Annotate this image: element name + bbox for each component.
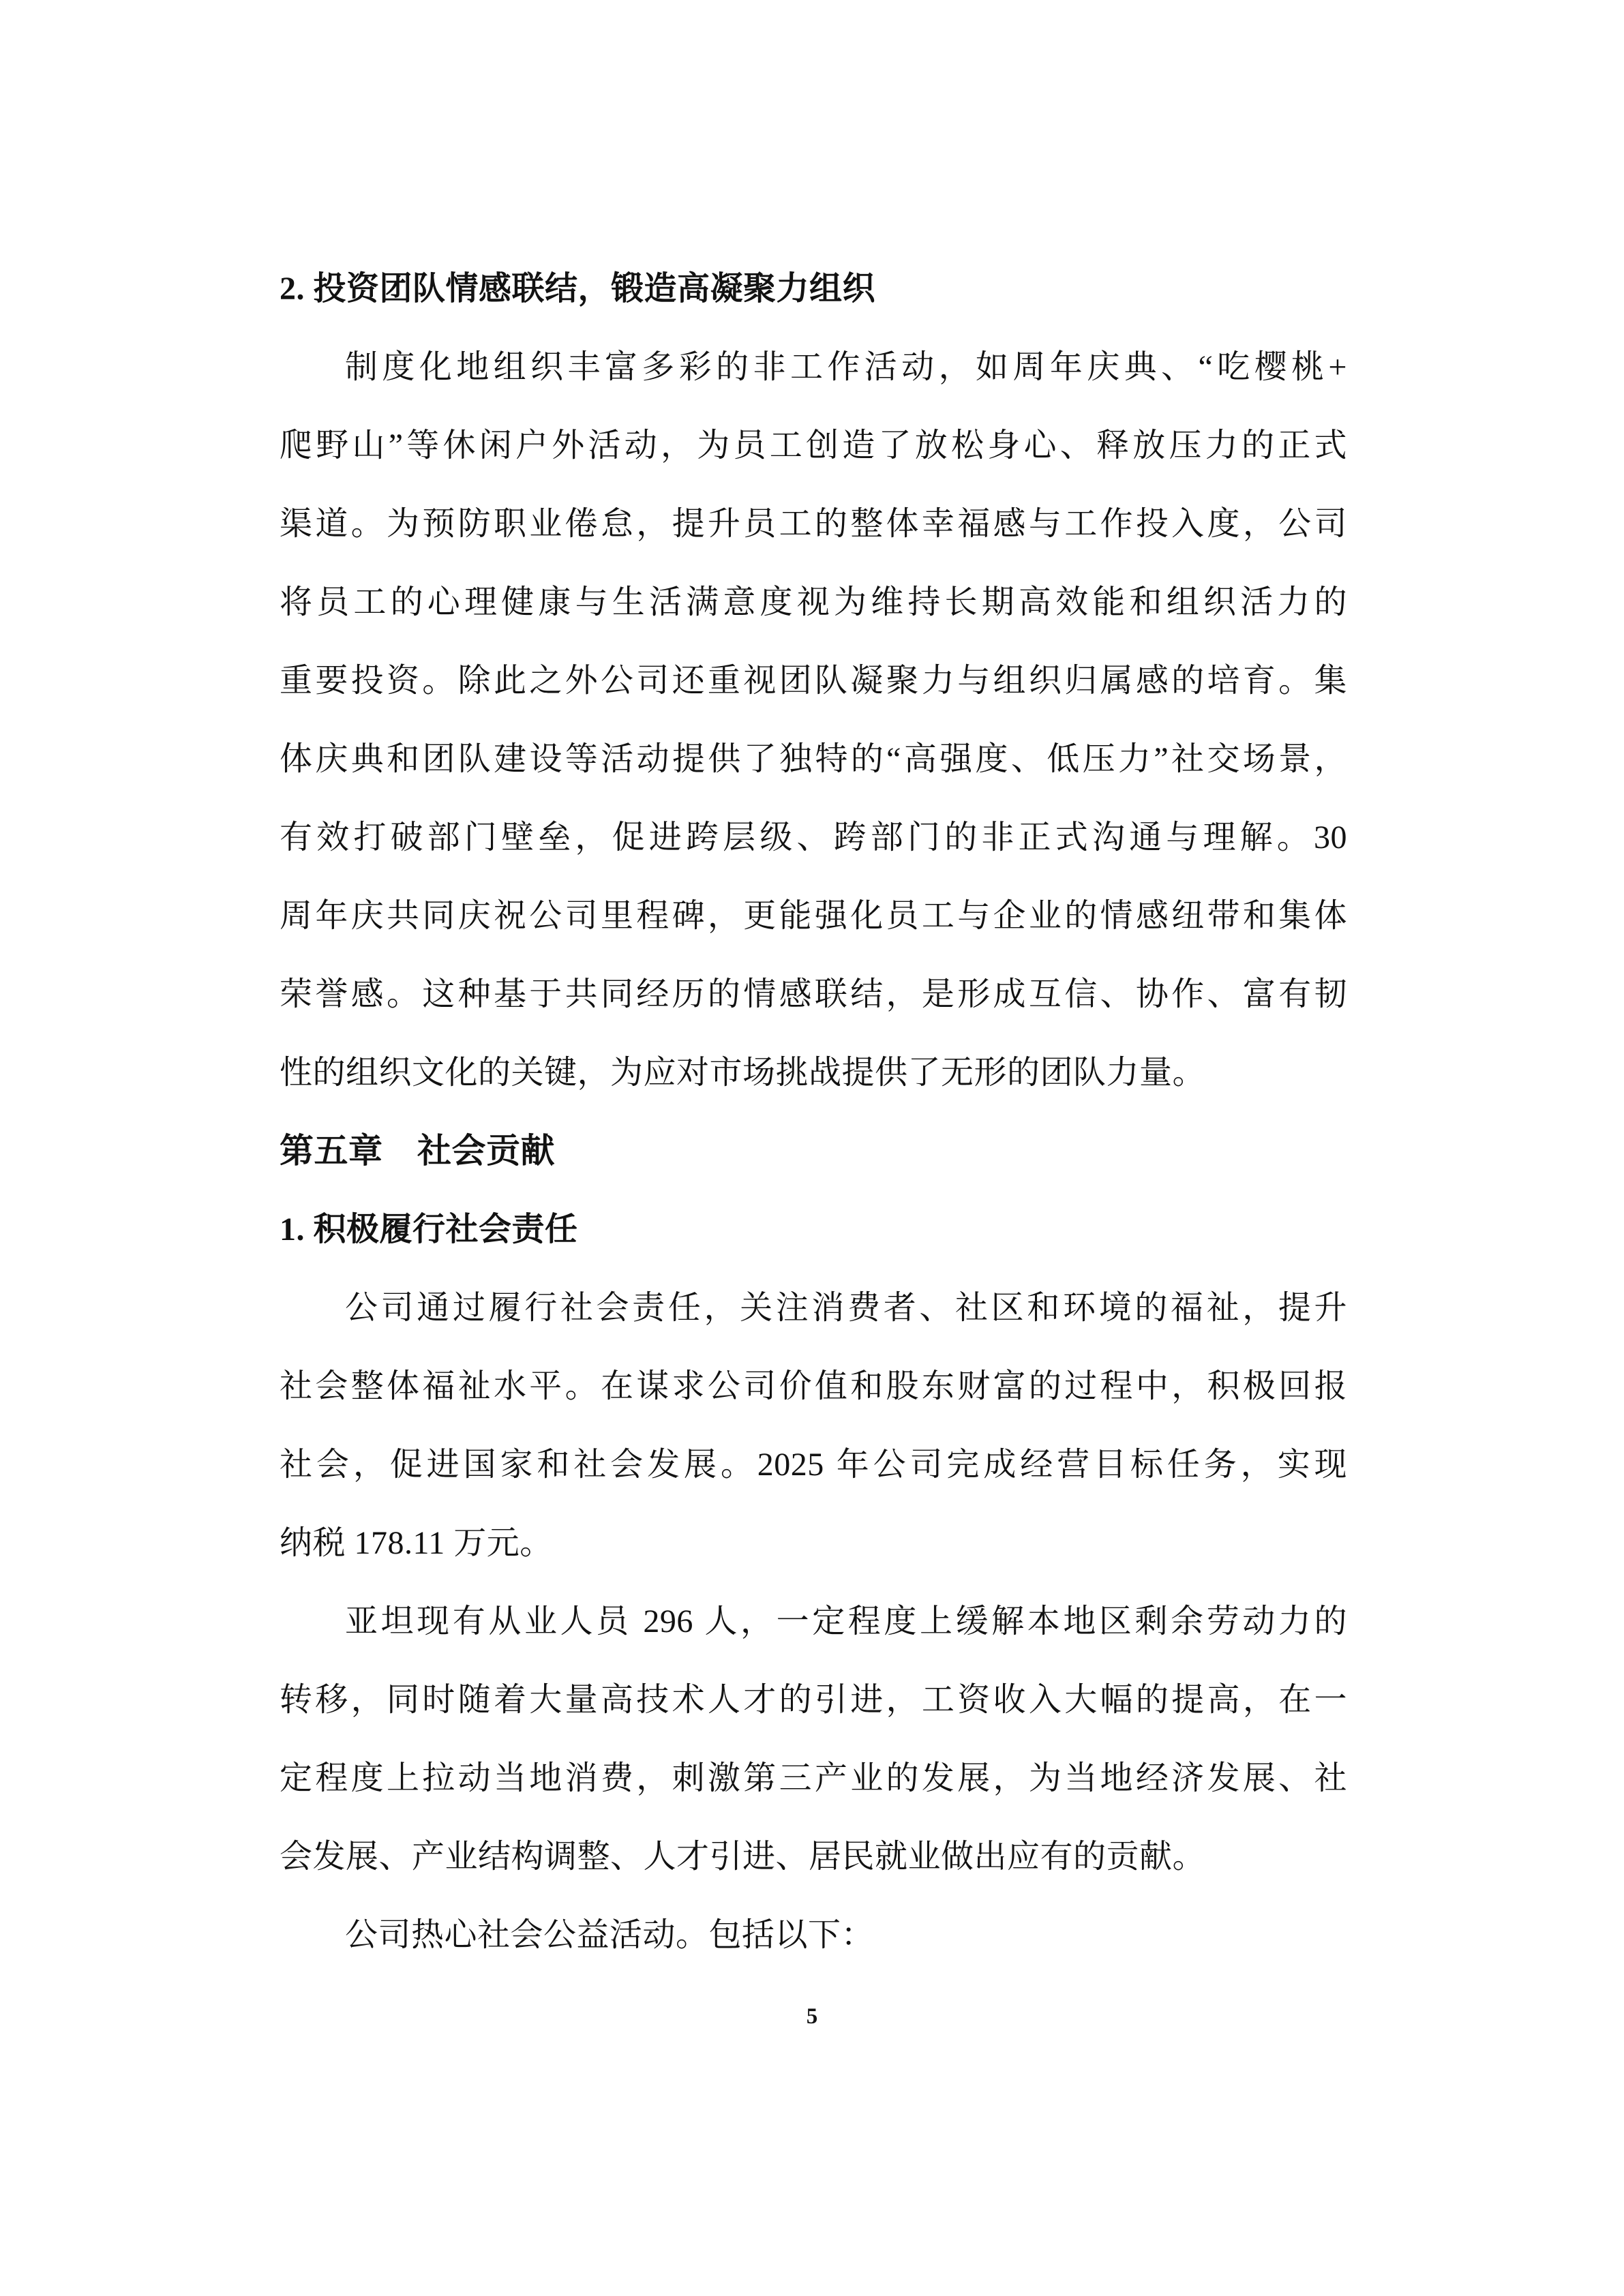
text-line: 制度化地组织丰富多彩的非工作活动，如周年庆典、“吃樱桃+: [280, 328, 1347, 406]
text-line: 爬野山”等休闲户外活动，为员工创造了放松身心、释放压力的正式: [280, 406, 1347, 485]
text-line: 亚坦现有从业人员 296 人，一定程度上缓解本地区剩余劳动力的: [280, 1582, 1347, 1661]
text-line: 第五章 社会贡献: [280, 1112, 1347, 1190]
text-line: 定程度上拉动当地消费，刺激第三产业的发展，为当地经济发展、社: [280, 1739, 1347, 1817]
text-line: 社会整体福祉水平。在谋求公司价值和股东财富的过程中，积极回报: [280, 1347, 1347, 1425]
text-line: 体庆典和团队建设等活动提供了独特的“高强度、低压力”社交场景，: [280, 720, 1347, 798]
text-line: 将员工的心理健康与生活满意度视为维持长期高效能和组织活力的: [280, 563, 1347, 641]
text-line: 社会，促进国家和社会发展。2025 年公司完成经营目标任务，实现: [280, 1425, 1347, 1504]
text-line: 性的组织文化的关键，为应对市场挑战提供了无形的团队力量。: [280, 1033, 1347, 1112]
text-line: 荣誉感。这种基于共同经历的情感联结，是形成互信、协作、富有韧: [280, 955, 1347, 1033]
text-line: 重要投资。除此之外公司还重视团队凝聚力与组织归属感的培育。集: [280, 641, 1347, 720]
text-line: 纳税 178.11 万元。: [280, 1504, 1347, 1582]
text-line: 1. 积极履行社会责任: [280, 1190, 1347, 1269]
text-line: 公司热心社会公益活动。包括以下：: [280, 1896, 1347, 1974]
text-line: 会发展、产业结构调整、人才引进、居民就业做出应有的贡献。: [280, 1817, 1347, 1896]
text-line: 公司通过履行社会责任，关注消费者、社区和环境的福祉，提升: [280, 1269, 1347, 1347]
text-line: 周年庆共同庆祝公司里程碑，更能强化员工与企业的情感纽带和集体: [280, 877, 1347, 955]
text-line: 2. 投资团队情感联结，锻造高凝聚力组织: [280, 250, 1347, 328]
text-line: 渠道。为预防职业倦怠，提升员工的整体幸福感与工作投入度，公司: [280, 485, 1347, 563]
text-line: 转移，同时随着大量高技术人才的引进，工资收入大幅的提高，在一: [280, 1661, 1347, 1739]
document-page: 2. 投资团队情感联结，锻造高凝聚力组织制度化地组织丰富多彩的非工作活动，如周年…: [0, 0, 1624, 2296]
document-content: 2. 投资团队情感联结，锻造高凝聚力组织制度化地组织丰富多彩的非工作活动，如周年…: [280, 250, 1347, 1974]
text-line: 有效打破部门壁垒，促进跨层级、跨部门的非正式沟通与理解。30: [280, 798, 1347, 877]
page-number: 5: [0, 2004, 1624, 2029]
